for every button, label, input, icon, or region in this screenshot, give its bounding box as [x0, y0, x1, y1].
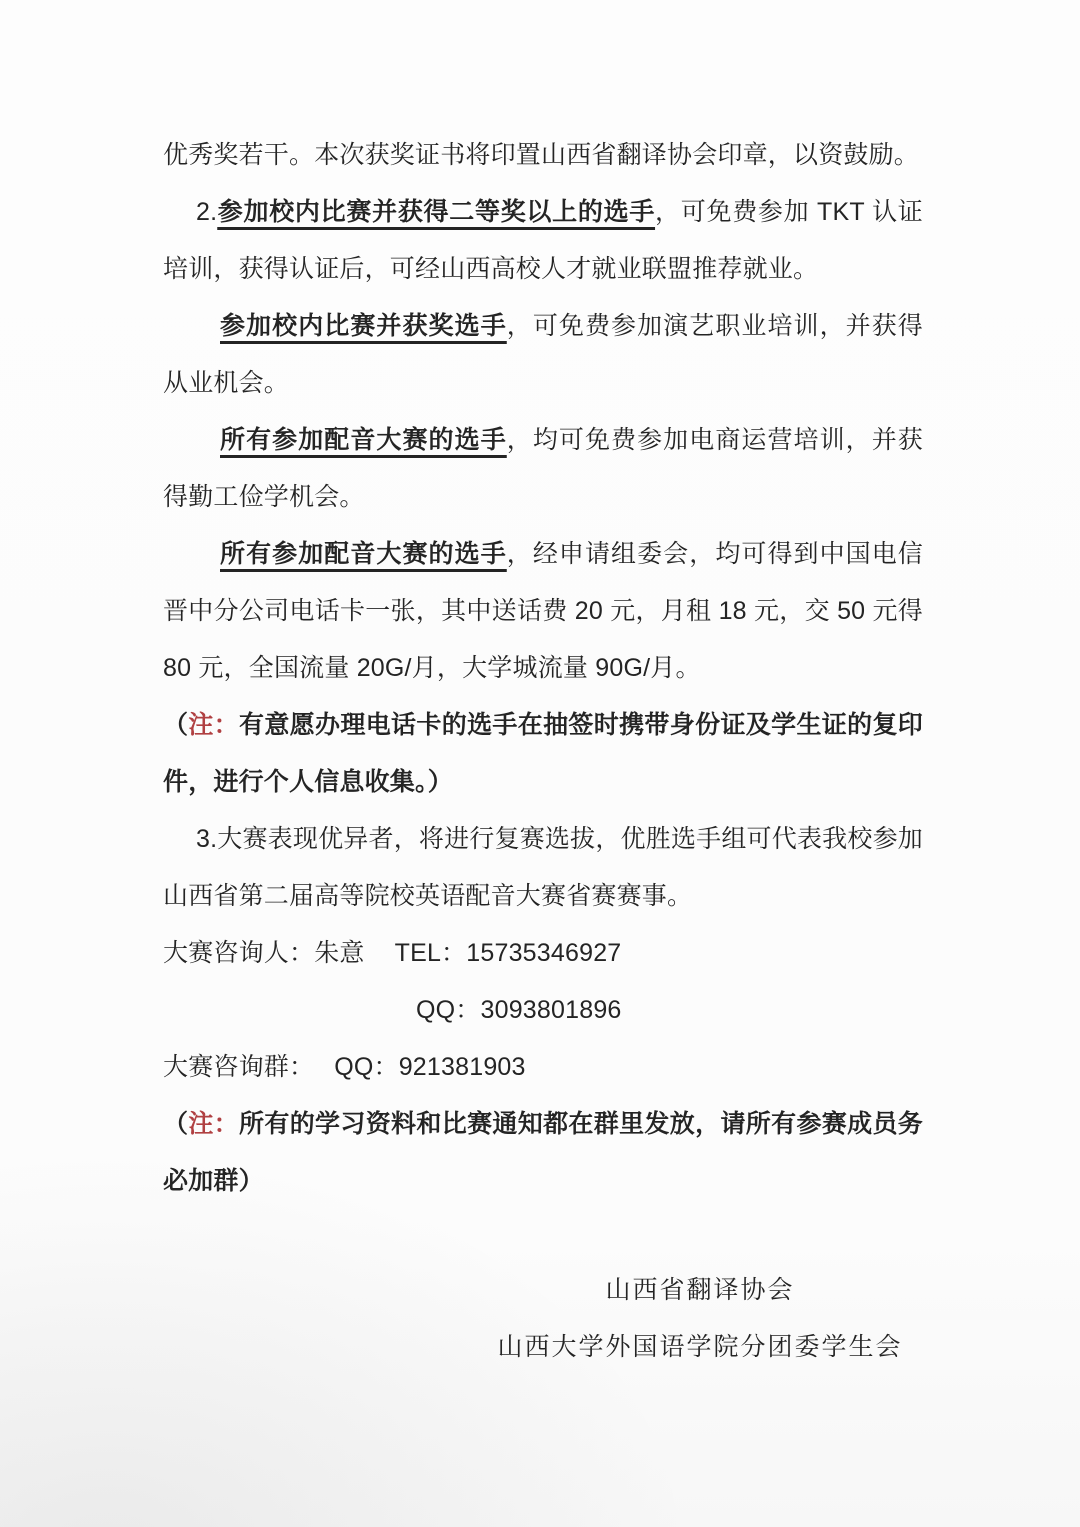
- paragraph-school-award: 参加校内比赛并获奖选手，可免费参加演艺职业培训，并获得从业机会。: [163, 298, 923, 412]
- document-page: 优秀奖若干。本次获奖证书将印置山西省翻译协会印章，以资鼓励。 2.参加校内比赛并…: [0, 0, 1080, 1527]
- signature-block: 山西省翻译协会 山西大学外国语学院分团委学生会: [485, 1262, 915, 1376]
- text-run: 3.大赛表现优异者，将进行复赛选拔，优胜选手组可代表我校参加山西省第二届高等院校…: [163, 825, 923, 910]
- qq-label: QQ：: [416, 996, 481, 1024]
- text-run: 优秀奖若干。本次获奖证书将印置山西省翻译协会印章，以资鼓励。: [163, 141, 919, 169]
- contact-group-label: 大赛咨询群：: [163, 1053, 314, 1081]
- note-telephone-card: （注：有意愿办理电话卡的选手在抽签时携带身份证及学生证的复印件，进行个人信息收集…: [163, 697, 923, 811]
- qq-label: QQ：: [334, 1053, 399, 1081]
- signature-student-union: 山西大学外国语学院分团委学生会: [485, 1319, 915, 1376]
- note-body: 所有的学习资料和比赛通知都在群里发放，请所有参赛成员务必加群）: [163, 1110, 923, 1195]
- qq-number: 3093801896: [481, 996, 622, 1024]
- contact-person-line: 大赛咨询人：朱意TEL：15735346927: [163, 925, 923, 982]
- note-label-red: 注：: [188, 711, 239, 739]
- note-join-group: （注：所有的学习资料和比赛通知都在群里发放，请所有参赛成员务必加群）: [163, 1096, 923, 1210]
- contact-person-label: 大赛咨询人：: [163, 939, 314, 967]
- note-body: 有意愿办理电话卡的选手在抽签时携带身份证及学生证的复印件，进行个人信息收集。）: [163, 711, 923, 796]
- contact-group-line: 大赛咨询群：QQ：921381903: [163, 1039, 923, 1096]
- emphasis-underlined-phrase: 参加校内比赛并获奖选手: [220, 312, 507, 340]
- contact-person-name: 朱意: [314, 939, 364, 967]
- contact-person-qq-line: QQ：3093801896: [163, 982, 923, 1039]
- paragraph-all-telecom: 所有参加配音大赛的选手，经申请组委会，均可得到中国电信晋中分公司电话卡一张，其中…: [163, 526, 923, 697]
- emphasis-underlined-phrase: 所有参加配音大赛的选手: [220, 540, 507, 568]
- tel-label: TEL：: [395, 939, 467, 967]
- item-number: 2.: [196, 198, 217, 226]
- paragraph-item-3: 3.大赛表现优异者，将进行复赛选拔，优胜选手组可代表我校参加山西省第二届高等院校…: [163, 811, 923, 925]
- bracket-open: （: [163, 711, 188, 739]
- paragraph-all-ecommerce: 所有参加配音大赛的选手，均可免费参加电商运营培训，并获得勤工俭学机会。: [163, 412, 923, 526]
- paragraph-continuation: 优秀奖若干。本次获奖证书将印置山西省翻译协会印章，以资鼓励。: [163, 127, 923, 184]
- qq-number: 921381903: [399, 1053, 526, 1081]
- bracket-open: （: [163, 1110, 188, 1138]
- emphasis-underlined-phrase: 参加校内比赛并获得二等奖以上的选手: [217, 198, 655, 226]
- paragraph-item-2: 2.参加校内比赛并获得二等奖以上的选手，可免费参加 TKT 认证培训，获得认证后…: [163, 184, 923, 298]
- emphasis-underlined-phrase: 所有参加配音大赛的选手: [220, 426, 507, 454]
- document-body: 优秀奖若干。本次获奖证书将印置山西省翻译协会印章，以资鼓励。 2.参加校内比赛并…: [163, 127, 923, 1376]
- note-label-red: 注：: [188, 1110, 239, 1138]
- tel-number: 15735346927: [466, 939, 621, 967]
- signature-association: 山西省翻译协会: [485, 1262, 915, 1319]
